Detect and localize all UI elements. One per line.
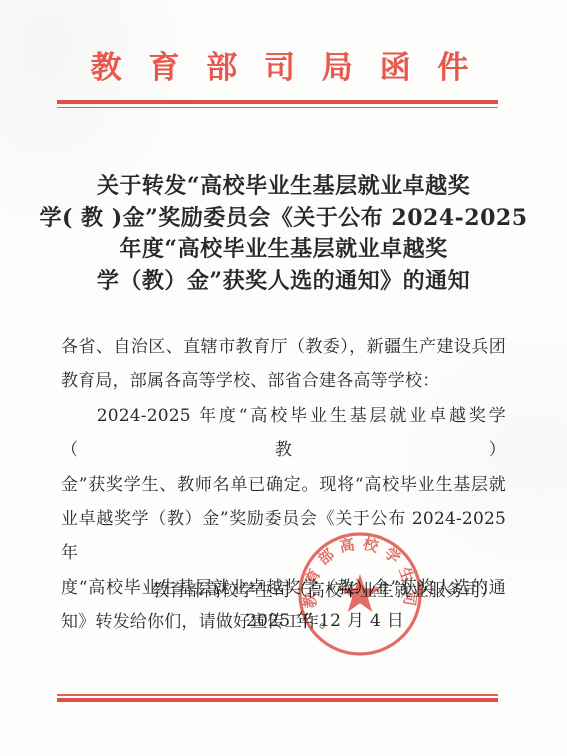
- body-line-paragraph-1: 2024-2025 年度“高校毕业生基层就业卓越奖学（教）: [61, 399, 506, 468]
- document-title-line-3: 年度“高校毕业生基层就业卓越奖: [28, 234, 539, 266]
- document-title-line-4: 学（教）金”获奖人选的通知》的通知: [28, 266, 539, 298]
- body-line-paragraph-2: 金”获奖学生、教师名单已确定。现将“高校毕业生基层就: [61, 468, 506, 502]
- document-title-line-2: 学( 教 )金”奖励委员会《关于公布 2024-2025: [28, 203, 539, 235]
- footer-double-rule: [57, 694, 498, 702]
- body-line-salutation-1: 各省、自治区、直辖市教育厅（教委），新疆生产建设兵团: [61, 330, 506, 364]
- scanned-letter-page: 教 育 部 司 局 函 件 关于转发“高校毕业生基层就业卓越奖 学( 教 )金”…: [0, 0, 567, 756]
- signature-org: 教育部高校学生司（高校毕业生就业服务司）: [152, 577, 498, 607]
- body-line-salutation-2: 教育局，部属各高等学校、部省合建各高等学校：: [61, 364, 506, 398]
- signature-date: 2025 年 12 月 4 日: [152, 607, 498, 637]
- header-double-rule: [57, 100, 498, 108]
- document-title: 关于转发“高校毕业生基层就业卓越奖 学( 教 )金”奖励委员会《关于公布 202…: [28, 171, 539, 297]
- header-rule-thin: [57, 107, 498, 109]
- body-line-paragraph-3: 业卓越奖学（教）金”奖励委员会《关于公布 2024-2025 年: [61, 502, 506, 571]
- footer-rule-thick: [57, 698, 498, 702]
- letterhead-title: 教 育 部 司 局 函 件: [0, 42, 567, 87]
- footer-rule-thin: [57, 694, 498, 696]
- document-title-line-1: 关于转发“高校毕业生基层就业卓越奖: [28, 171, 539, 203]
- signature-block: 教育部高校学生司（高校毕业生就业服务司） 2025 年 12 月 4 日: [152, 577, 498, 636]
